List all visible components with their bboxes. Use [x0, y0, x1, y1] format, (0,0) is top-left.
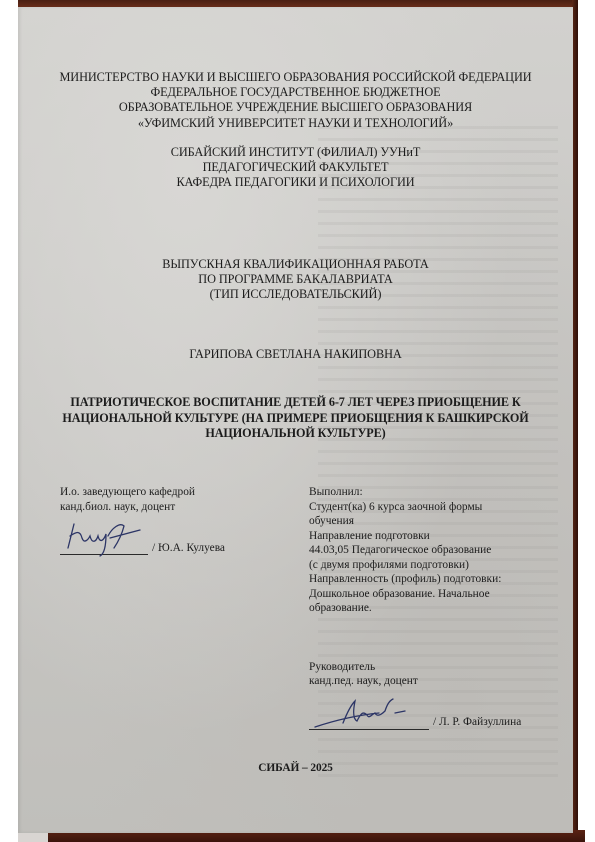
title-line: ПАТРИОТИЧЕСКОЕ ВОСПИТАНИЕ ДЕТЕЙ 6-7 ЛЕТ …	[18, 395, 573, 411]
supervisor-role: Руководитель	[309, 660, 559, 675]
head-degree: канд.биол. наук, доцент	[60, 500, 225, 515]
department-line: КАФЕДРА ПЕДАГОГИКИ И ПСИХОЛОГИИ	[18, 175, 573, 190]
head-signature-line: / Ю.А. Кулуева	[60, 524, 225, 555]
work-type-line: ПО ПРОГРАММЕ БАКАЛАВРИАТА	[18, 272, 573, 287]
performer-line: (с двумя профилями подготовки)	[309, 558, 559, 573]
institute-header: СИБАЙСКИЙ ИНСТИТУТ (ФИЛИАЛ) УУНиТ ПЕДАГО…	[18, 145, 573, 191]
work-type: ВЫПУСКНАЯ КВАЛИФИКАЦИОННАЯ РАБОТА ПО ПРО…	[18, 257, 573, 303]
header-line: МИНИСТЕРСТВО НАУКИ И ВЫСШЕГО ОБРАЗОВАНИЯ…	[18, 70, 573, 85]
performer-line: образование.	[309, 601, 559, 616]
handwritten-signature-icon	[60, 518, 150, 558]
city-year: СИБАЙ – 2025	[18, 761, 573, 776]
work-type-line: (ТИП ИССЛЕДОВАТЕЛЬСКИЙ)	[18, 287, 573, 302]
performer-line: 44.03,05 Педагогическое образование	[309, 543, 559, 558]
photo-scene: МИНИСТЕРСТВО НАУКИ И ВЫСШЕГО ОБРАЗОВАНИЯ…	[0, 0, 595, 842]
supervisor-block: Руководитель канд.пед. наук, доцент / Л.…	[309, 660, 559, 730]
head-name: / Ю.А. Кулуева	[152, 541, 225, 556]
ministry-header: МИНИСТЕРСТВО НАУКИ И ВЫСШЕГО ОБРАЗОВАНИЯ…	[18, 70, 573, 131]
header-line: ОБРАЗОВАТЕЛЬНОЕ УЧРЕЖДЕНИЕ ВЫСШЕГО ОБРАЗ…	[18, 100, 573, 115]
supervisor-signature	[309, 699, 429, 730]
performer-block: Выполнил: Студент(ка) 6 курса заочной фо…	[309, 485, 559, 730]
performer-line: обучения	[309, 514, 559, 529]
header-line: «УФИМСКИЙ УНИВЕРСИТЕТ НАУКИ И ТЕХНОЛОГИЙ…	[18, 116, 573, 131]
work-type-line: ВЫПУСКНАЯ КВАЛИФИКАЦИОННАЯ РАБОТА	[18, 257, 573, 272]
faculty-line: ПЕДАГОГИЧЕСКИЙ ФАКУЛЬТЕТ	[18, 160, 573, 175]
title-page: МИНИСТЕРСТВО НАУКИ И ВЫСШЕГО ОБРАЗОВАНИЯ…	[18, 7, 573, 833]
performer-line: Дошкольное образование. Начальное	[309, 587, 559, 602]
supervisor-degree: канд.пед. наук, доцент	[309, 674, 559, 689]
title-line: НАЦИОНАЛЬНОЙ КУЛЬТУРЕ (НА ПРИМЕРЕ ПРИОБЩ…	[18, 411, 573, 427]
author-name: ГАРИПОВА СВЕТЛАНА НАКИПОВНА	[18, 347, 573, 362]
thesis-title: ПАТРИОТИЧЕСКОЕ ВОСПИТАНИЕ ДЕТЕЙ 6-7 ЛЕТ …	[18, 395, 573, 442]
performer-line: Студент(ка) 6 курса заочной формы	[309, 500, 559, 515]
performer-line: Направленность (профиль) подготовки:	[309, 572, 559, 587]
performer-line: Направление подготовки	[309, 529, 559, 544]
head-role: И.о. заведующего кафедрой	[60, 485, 225, 500]
performer-label: Выполнил:	[309, 485, 559, 500]
supervisor-signature-line: / Л. Р. Файзуллина	[309, 699, 559, 730]
handwritten-signature-icon	[309, 693, 439, 733]
title-line: НАЦИОНАЛЬНОЙ КУЛЬТУРЕ)	[18, 426, 573, 442]
supervisor-name: / Л. Р. Файзуллина	[433, 715, 521, 730]
department-head-block: И.о. заведующего кафедрой канд.биол. нау…	[60, 485, 225, 555]
institute-line: СИБАЙСКИЙ ИНСТИТУТ (ФИЛИАЛ) УУНиТ	[18, 145, 573, 160]
head-signature	[60, 524, 148, 555]
header-line: ФЕДЕРАЛЬНОЕ ГОСУДАРСТВЕННОЕ БЮДЖЕТНОЕ	[18, 85, 573, 100]
